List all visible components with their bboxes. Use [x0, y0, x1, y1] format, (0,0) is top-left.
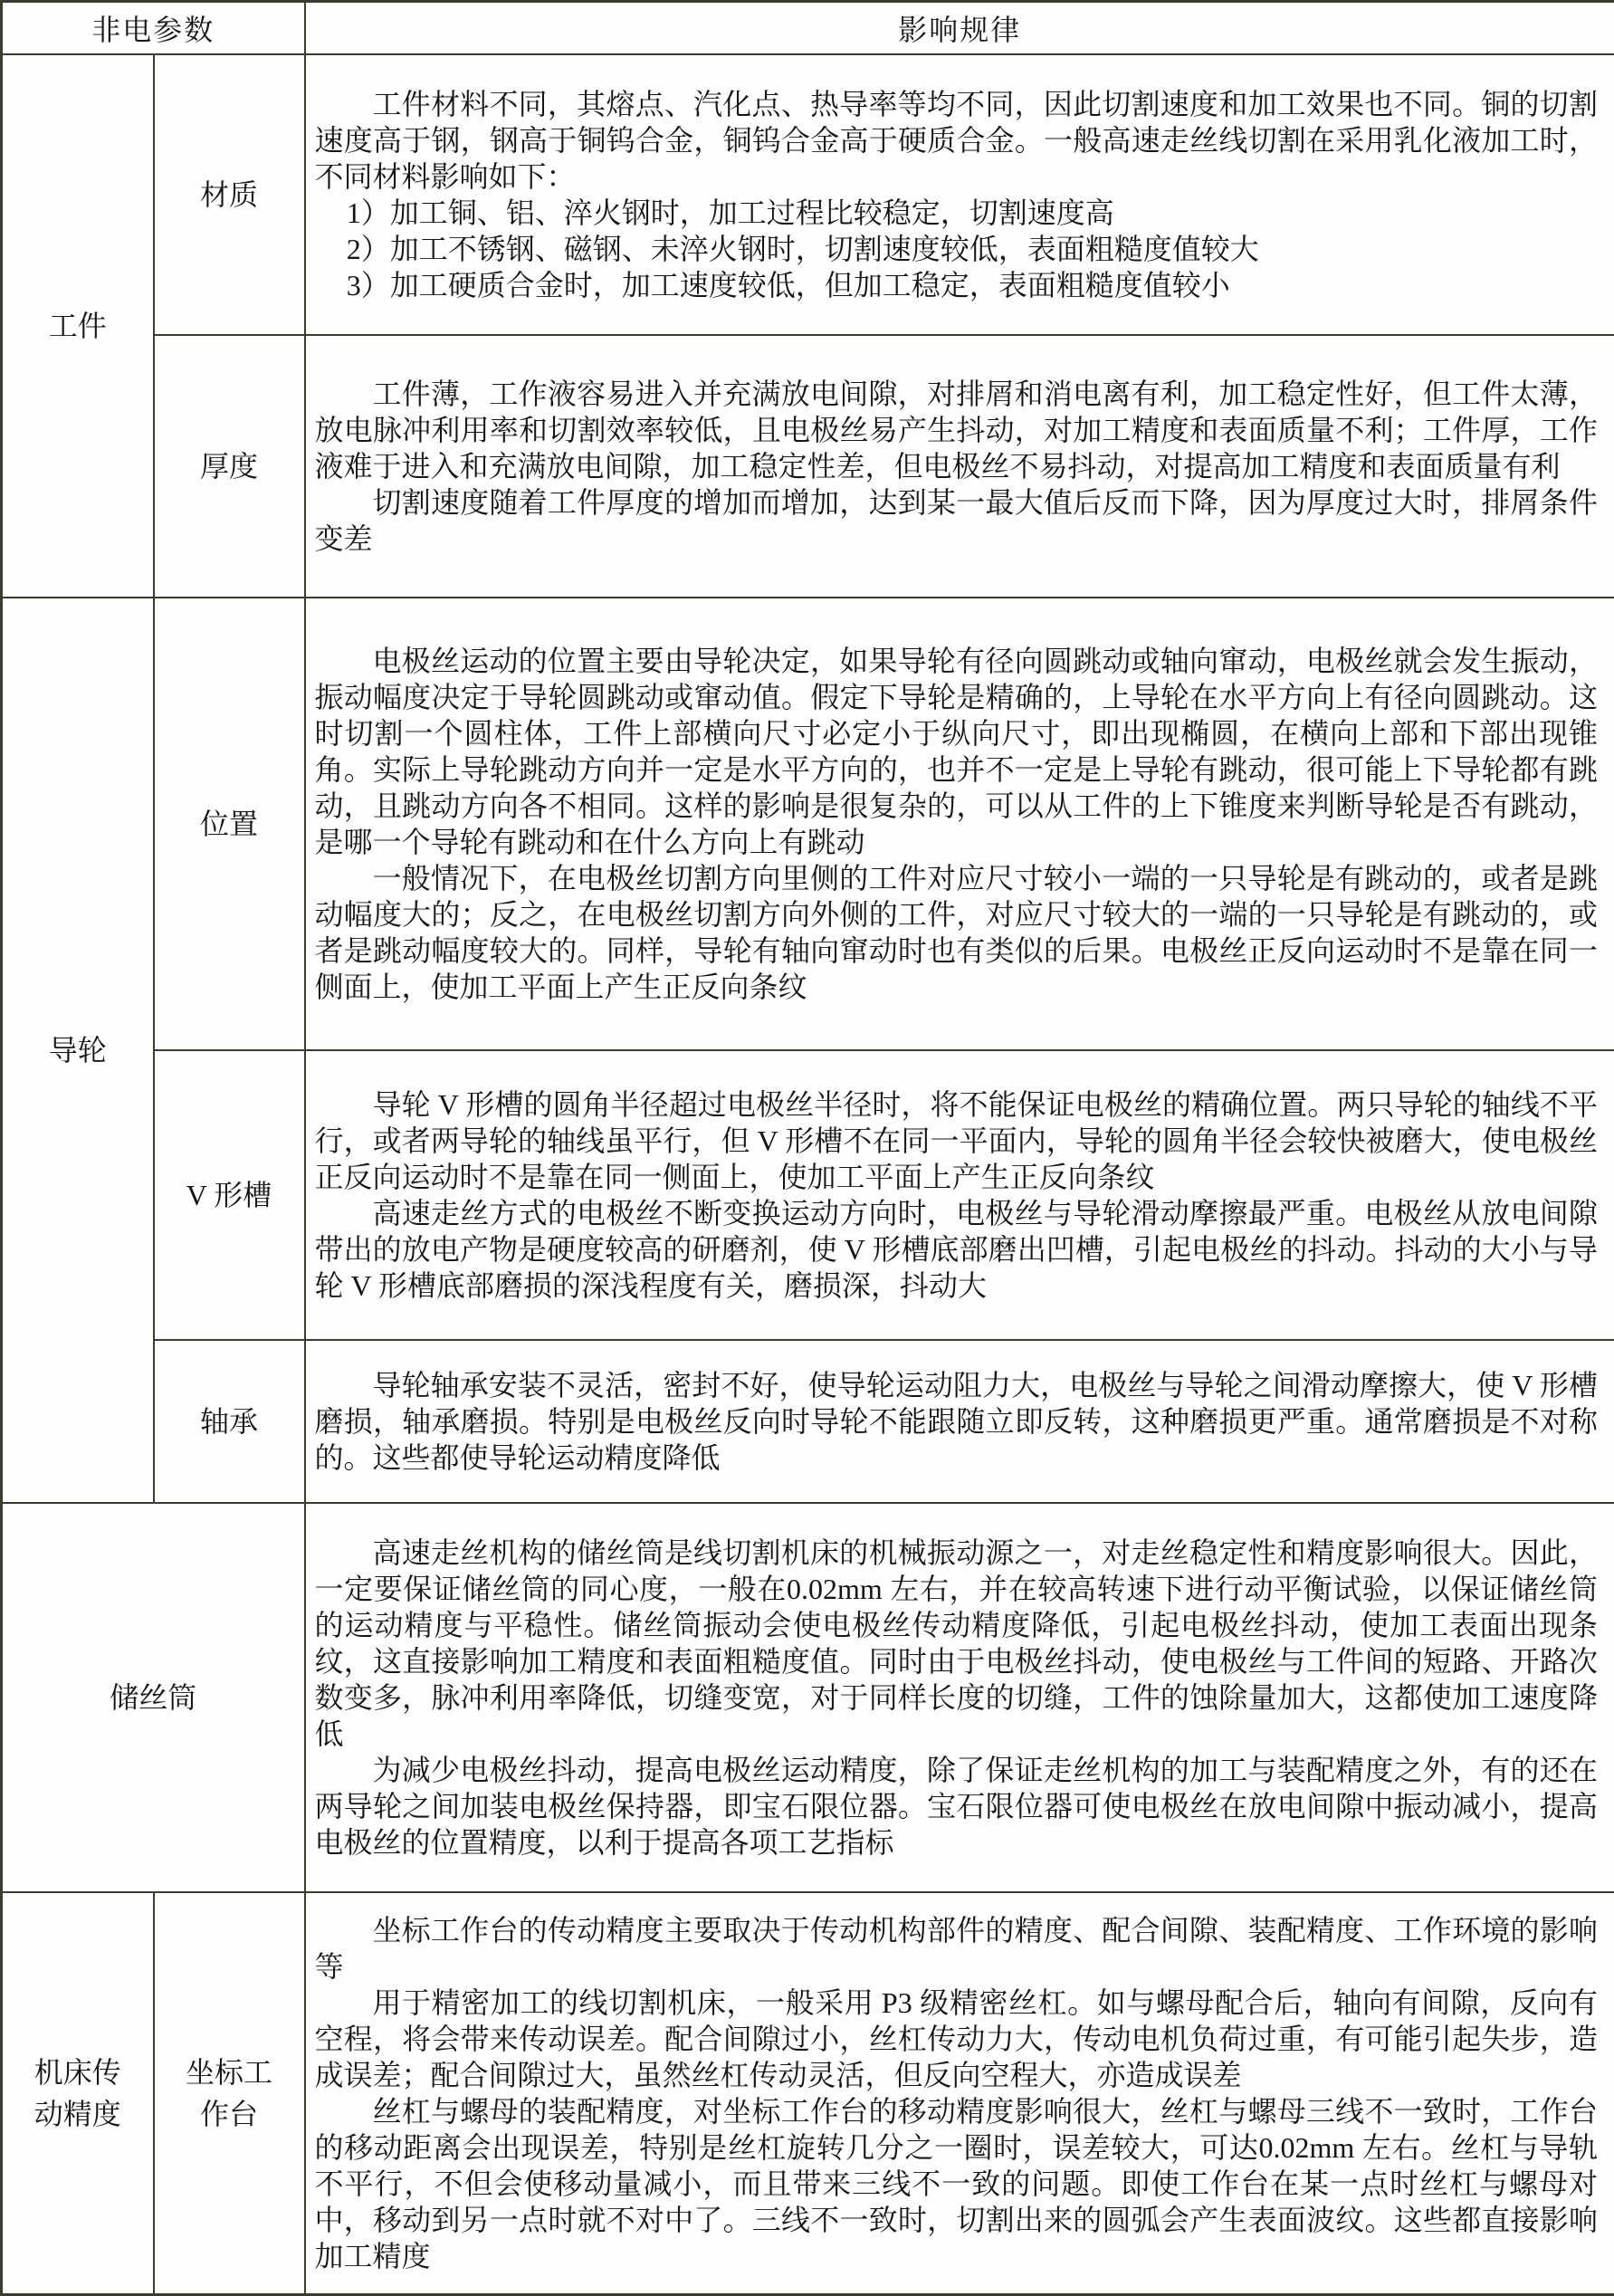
parameters-table: 非电参数 影响规律 工件材质工件材料不同，其熔点、汽化点、热导率等均不同，因此切…: [0, 0, 1614, 2296]
paragraph: 一般情况下，在电极丝切割方向里侧的工件对应尺寸较小一端的一只导轮是有跳动的，或者…: [315, 860, 1599, 1005]
group-label-cell: 工件: [2, 54, 154, 598]
group-label-cell: 机床传动精度: [2, 1892, 154, 2294]
sub-label-cell: 位置: [154, 598, 305, 1050]
paragraph: 高速走丝机构的储丝筒是线切割机床的机械振动源之一，对走丝稳定性和精度影响很大。因…: [315, 1535, 1599, 1752]
header-row: 非电参数 影响规律: [2, 2, 1614, 55]
paragraph: 导轮轴承安装不灵活，密封不好，使导轮运动阻力大，电极丝与导轮之间滑动摩擦大，使 …: [315, 1367, 1599, 1476]
content-cell: 坐标工作台的传动精度主要取决于传动机构部件的精度、配合间隙、装配精度、工作环境的…: [305, 1892, 1614, 2294]
content-cell: 高速走丝机构的储丝筒是线切割机床的机械振动源之一，对走丝稳定性和精度影响很大。因…: [305, 1503, 1614, 1892]
paragraph: 2）加工不锈钢、磁钢、未淬火钢时，切割速度较低，表面粗糙度值较大: [315, 231, 1599, 267]
sub-label-cell: V 形槽: [154, 1050, 305, 1340]
paragraph: 工件薄，工作液容易进入并充满放电间隙，对排屑和消电离有利，加工稳定性好，但工件太…: [315, 376, 1599, 484]
table-body: 工件材质工件材料不同，其熔点、汽化点、热导率等均不同，因此切割速度和加工效果也不…: [2, 54, 1614, 2294]
sub-label-cell: 轴承: [154, 1340, 305, 1503]
content-cell: 工件薄，工作液容易进入并充满放电间隙，对排屑和消电离有利，加工稳定性好，但工件太…: [305, 335, 1614, 598]
sub-label-cell: 材质: [154, 54, 305, 335]
paragraph: 用于精密加工的线切割机床，一般采用 P3 级精密丝杠。如与螺母配合后，轴向有间隙…: [315, 1985, 1599, 2093]
content-cell: 导轮 V 形槽的圆角半径超过电极丝半径时，将不能保证电极丝的精确位置。两只导轮的…: [305, 1050, 1614, 1340]
table-row: V 形槽导轮 V 形槽的圆角半径超过电极丝半径时，将不能保证电极丝的精确位置。两…: [2, 1050, 1614, 1340]
paragraph: 3）加工硬质合金时，加工速度较低，但加工稳定，表面粗糙度值较小: [315, 267, 1599, 303]
table-row: 机床传动精度坐标工作台坐标工作台的传动精度主要取决于传动机构部件的精度、配合间隙…: [2, 1892, 1614, 2294]
paragraph: 导轮 V 形槽的圆角半径超过电极丝半径时，将不能保证电极丝的精确位置。两只导轮的…: [315, 1086, 1599, 1195]
paragraph: 为减少电极丝抖动，提高电极丝运动精度，除了保证走丝机构的加工与装配精度之外，有的…: [315, 1752, 1599, 1861]
paragraph: 1）加工铜、铝、淬火钢时，加工过程比较稳定，切割速度高: [315, 195, 1599, 231]
content-cell: 导轮轴承安装不灵活，密封不好，使导轮运动阻力大，电极丝与导轮之间滑动摩擦大，使 …: [305, 1340, 1614, 1503]
sub-label-cell: 厚度: [154, 335, 305, 598]
table-row: 厚度工件薄，工作液容易进入并充满放电间隙，对排屑和消电离有利，加工稳定性好，但工…: [2, 335, 1614, 598]
group-label-cell: 导轮: [2, 598, 154, 1503]
paragraph: 工件材料不同，其熔点、汽化点、热导率等均不同，因此切割速度和加工效果也不同。铜的…: [315, 86, 1599, 195]
table-row: 工件材质工件材料不同，其熔点、汽化点、热导率等均不同，因此切割速度和加工效果也不…: [2, 54, 1614, 335]
content-cell: 工件材料不同，其熔点、汽化点、热导率等均不同，因此切割速度和加工效果也不同。铜的…: [305, 54, 1614, 335]
paragraph: 丝杠与螺母的装配精度，对坐标工作台的移动精度影响很大，丝杠与螺母三线不一致时，工…: [315, 2093, 1599, 2274]
sub-label-cell: 坐标工作台: [154, 1892, 305, 2294]
group-label-cell: 储丝筒: [2, 1503, 305, 1892]
paragraph: 电极丝运动的位置主要由导轮决定，如果导轮有径向圆跳动或轴向窜动，电极丝就会发生振…: [315, 643, 1599, 860]
paragraph: 坐标工作台的传动精度主要取决于传动机构部件的精度、配合间隙、装配精度、工作环境的…: [315, 1912, 1599, 1985]
paragraph: 切割速度随着工件厚度的增加而增加，达到某一最大值后反而下降，因为厚度过大时，排屑…: [315, 484, 1599, 557]
table-row: 轴承导轮轴承安装不灵活，密封不好，使导轮运动阻力大，电极丝与导轮之间滑动摩擦大，…: [2, 1340, 1614, 1503]
table-row: 导轮位置电极丝运动的位置主要由导轮决定，如果导轮有径向圆跳动或轴向窜动，电极丝就…: [2, 598, 1614, 1050]
header-param-col: 非电参数: [2, 2, 305, 55]
content-cell: 电极丝运动的位置主要由导轮决定，如果导轮有径向圆跳动或轴向窜动，电极丝就会发生振…: [305, 598, 1614, 1050]
table-row: 储丝筒高速走丝机构的储丝筒是线切割机床的机械振动源之一，对走丝稳定性和精度影响很…: [2, 1503, 1614, 1892]
paragraph: 高速走丝方式的电极丝不断变换运动方向时，电极丝与导轮滑动摩擦最严重。电极丝从放电…: [315, 1195, 1599, 1304]
header-rule-col: 影响规律: [305, 2, 1614, 55]
